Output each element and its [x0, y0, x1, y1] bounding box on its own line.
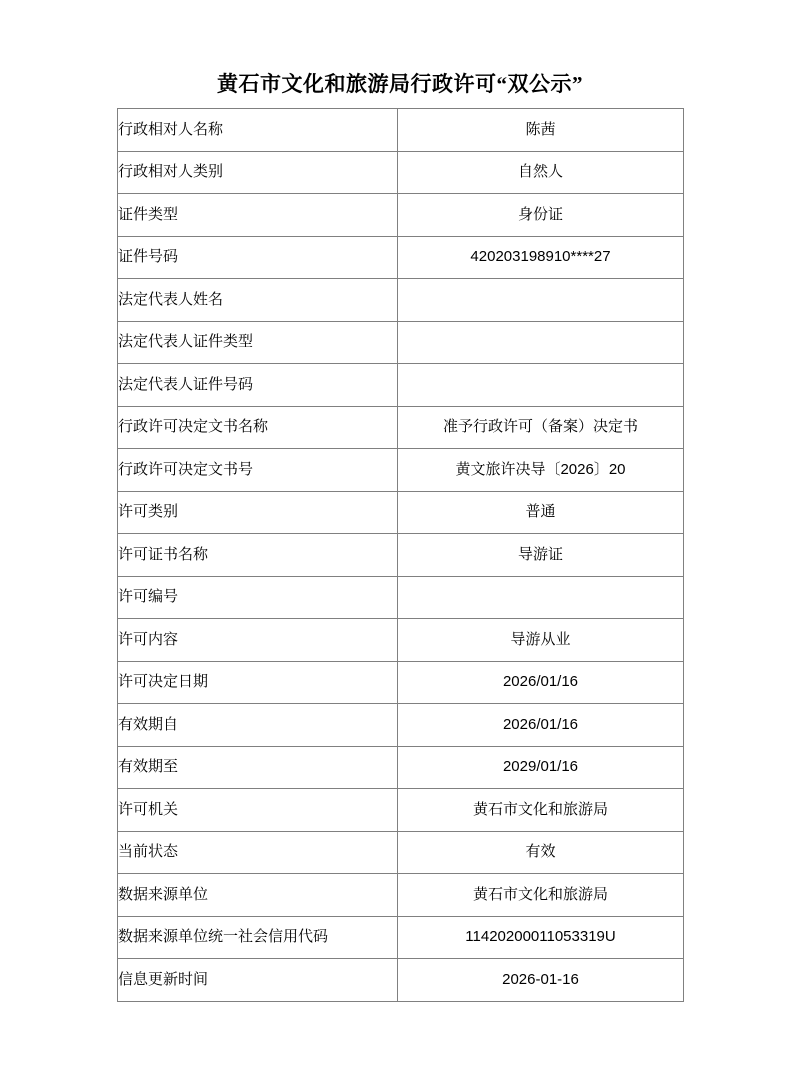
field-label-cell: 法定代表人证件类型 — [118, 321, 398, 364]
field-label-cell: 数据来源单位 — [118, 874, 398, 917]
field-value-cell: 导游证 — [398, 534, 684, 577]
field-label-cell: 有效期自 — [118, 704, 398, 747]
field-label-cell: 法定代表人证件号码 — [118, 364, 398, 407]
field-value-cell — [398, 279, 684, 322]
table-row: 许可类别 普通 — [118, 491, 684, 534]
document-page: 黄石市文化和旅游局行政许可“双公示” 行政相对人名称 陈茜 行政相对人类别 自然… — [0, 0, 800, 1084]
field-label-cell: 证件号码 — [118, 236, 398, 279]
field-label-cell: 有效期至 — [118, 746, 398, 789]
field-value-cell: 黄石市文化和旅游局 — [398, 789, 684, 832]
table-row: 许可决定日期 2026/01/16 — [118, 661, 684, 704]
field-value-cell: 普通 — [398, 491, 684, 534]
table-row: 证件号码 420203198910****27 — [118, 236, 684, 279]
field-value-cell: 有效 — [398, 831, 684, 874]
table-row: 法定代表人姓名 — [118, 279, 684, 322]
field-label-cell: 许可证书名称 — [118, 534, 398, 577]
field-label-cell: 许可类别 — [118, 491, 398, 534]
field-value-cell: 黄石市文化和旅游局 — [398, 874, 684, 917]
field-value-cell — [398, 576, 684, 619]
permit-info-table: 行政相对人名称 陈茜 行政相对人类别 自然人 证件类型 身份证 证件号码 420… — [117, 108, 684, 1002]
field-label-cell: 许可机关 — [118, 789, 398, 832]
table-row: 行政相对人类别 自然人 — [118, 151, 684, 194]
field-label-cell: 行政相对人类别 — [118, 151, 398, 194]
table-row: 行政许可决定文书名称 准予行政许可（备案）决定书 — [118, 406, 684, 449]
field-value-cell: 2026/01/16 — [398, 704, 684, 747]
field-label-cell: 法定代表人姓名 — [118, 279, 398, 322]
field-value-cell: 2026/01/16 — [398, 661, 684, 704]
field-value-cell: 自然人 — [398, 151, 684, 194]
field-label-cell: 当前状态 — [118, 831, 398, 874]
field-label-cell: 许可内容 — [118, 619, 398, 662]
table-row: 行政许可决定文书号 黄文旅许决导〔2026〕20 — [118, 449, 684, 492]
table-row: 证件类型 身份证 — [118, 194, 684, 237]
table-row: 许可机关 黄石市文化和旅游局 — [118, 789, 684, 832]
table-row: 信息更新时间 2026-01-16 — [118, 959, 684, 1002]
table-row: 法定代表人证件类型 — [118, 321, 684, 364]
page-title: 黄石市文化和旅游局行政许可“双公示” — [0, 70, 800, 98]
field-label-cell: 行政相对人名称 — [118, 109, 398, 152]
table-row: 数据来源单位统一社会信用代码 11420200011053319U — [118, 916, 684, 959]
table-row: 许可内容 导游从业 — [118, 619, 684, 662]
field-value-cell — [398, 364, 684, 407]
field-value-cell: 420203198910****27 — [398, 236, 684, 279]
table-row: 有效期自 2026/01/16 — [118, 704, 684, 747]
table-row: 有效期至 2029/01/16 — [118, 746, 684, 789]
table-row: 数据来源单位 黄石市文化和旅游局 — [118, 874, 684, 917]
field-label-cell: 行政许可决定文书号 — [118, 449, 398, 492]
field-value-cell: 陈茜 — [398, 109, 684, 152]
field-value-cell: 导游从业 — [398, 619, 684, 662]
field-label-cell: 证件类型 — [118, 194, 398, 237]
field-value-cell — [398, 321, 684, 364]
table-row: 行政相对人名称 陈茜 — [118, 109, 684, 152]
table-row: 当前状态 有效 — [118, 831, 684, 874]
field-label-cell: 许可决定日期 — [118, 661, 398, 704]
field-value-cell: 黄文旅许决导〔2026〕20 — [398, 449, 684, 492]
field-value-cell: 2029/01/16 — [398, 746, 684, 789]
field-value-cell: 11420200011053319U — [398, 916, 684, 959]
field-label-cell: 许可编号 — [118, 576, 398, 619]
field-value-cell: 2026-01-16 — [398, 959, 684, 1002]
field-label-cell: 数据来源单位统一社会信用代码 — [118, 916, 398, 959]
field-value-cell: 身份证 — [398, 194, 684, 237]
field-label-cell: 信息更新时间 — [118, 959, 398, 1002]
table-row: 许可证书名称 导游证 — [118, 534, 684, 577]
field-value-cell: 准予行政许可（备案）决定书 — [398, 406, 684, 449]
field-label-cell: 行政许可决定文书名称 — [118, 406, 398, 449]
table-row: 法定代表人证件号码 — [118, 364, 684, 407]
table-row: 许可编号 — [118, 576, 684, 619]
